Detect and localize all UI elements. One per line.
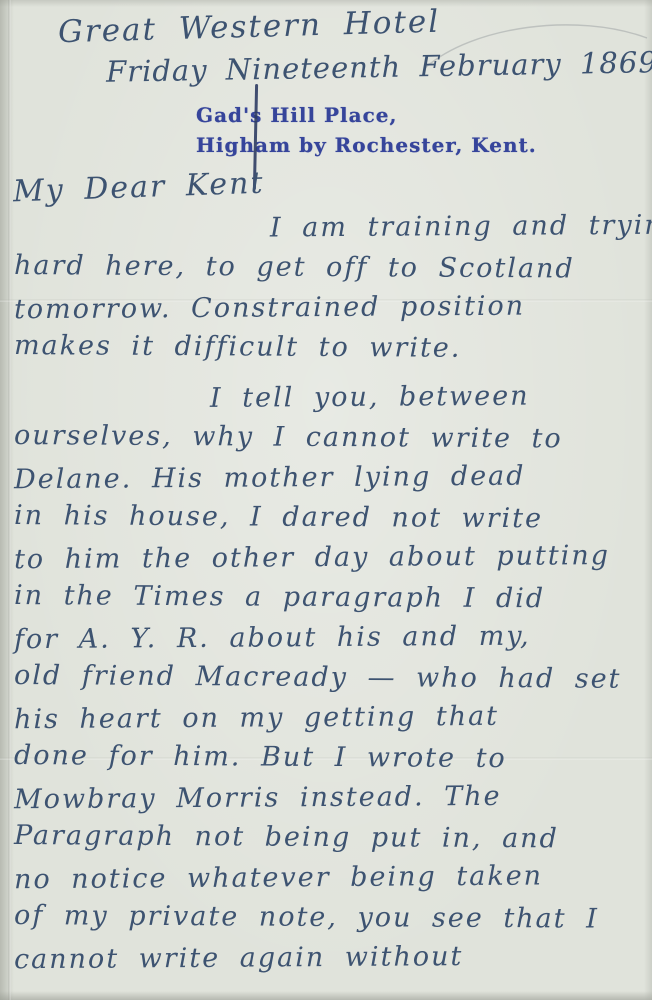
heading-location: Great Western Hotel bbox=[58, 0, 652, 50]
body-line: hard here, to get off to Scotland bbox=[14, 246, 652, 290]
body-line: his heart on my getting that bbox=[14, 696, 652, 740]
paper-fold-crease-left bbox=[8, 0, 11, 1000]
body-line: no notice whatever being taken bbox=[14, 856, 652, 900]
body-line: for A. Y. R. about his and my, bbox=[14, 616, 652, 660]
letterhead: Gad's Hill Place, Higham by Rochester, K… bbox=[196, 100, 537, 160]
letter-body: I am training and trying hard here, to g… bbox=[14, 208, 652, 978]
letterhead-line2: Higham by Rochester, Kent. bbox=[196, 130, 537, 160]
letterhead-line1: Gad's Hill Place, bbox=[196, 100, 537, 130]
letter-page: Great Western Hotel Friday Nineteenth Fe… bbox=[0, 0, 652, 1000]
body-line: in his house, I dared not write bbox=[14, 496, 652, 540]
body-line: old friend Macready — who had set bbox=[14, 656, 652, 700]
letter-heading: Great Western Hotel Friday Nineteenth Fe… bbox=[0, 6, 652, 84]
body-line: done for him. But I wrote to bbox=[14, 736, 652, 780]
body-line: of my private note, you see that I bbox=[14, 896, 652, 940]
salutation: My Dear Kent bbox=[12, 166, 265, 210]
body-line: to him the other day about putting bbox=[14, 536, 652, 580]
body-line: in the Times a paragraph I did bbox=[14, 576, 652, 620]
body-line: I am training and trying bbox=[14, 206, 652, 250]
body-line: ourselves, why I cannot write to bbox=[14, 416, 652, 460]
body-line: cannot write again without bbox=[14, 936, 652, 980]
heading-date: Friday Nineteenth February 1869. bbox=[106, 45, 652, 89]
body-line: Delane. His mother lying dead bbox=[14, 456, 652, 500]
body-line: I tell you, between bbox=[14, 376, 652, 420]
body-line: Mowbray Morris instead. The bbox=[14, 776, 652, 820]
paragraph-1: I am training and trying hard here, to g… bbox=[14, 208, 652, 368]
body-line: Paragraph not being put in, and bbox=[14, 816, 652, 860]
body-line: makes it difficult to write. bbox=[14, 326, 652, 370]
body-line: tomorrow. Constrained position bbox=[14, 286, 652, 330]
paragraph-2: I tell you, between ourselves, why I can… bbox=[14, 378, 652, 978]
